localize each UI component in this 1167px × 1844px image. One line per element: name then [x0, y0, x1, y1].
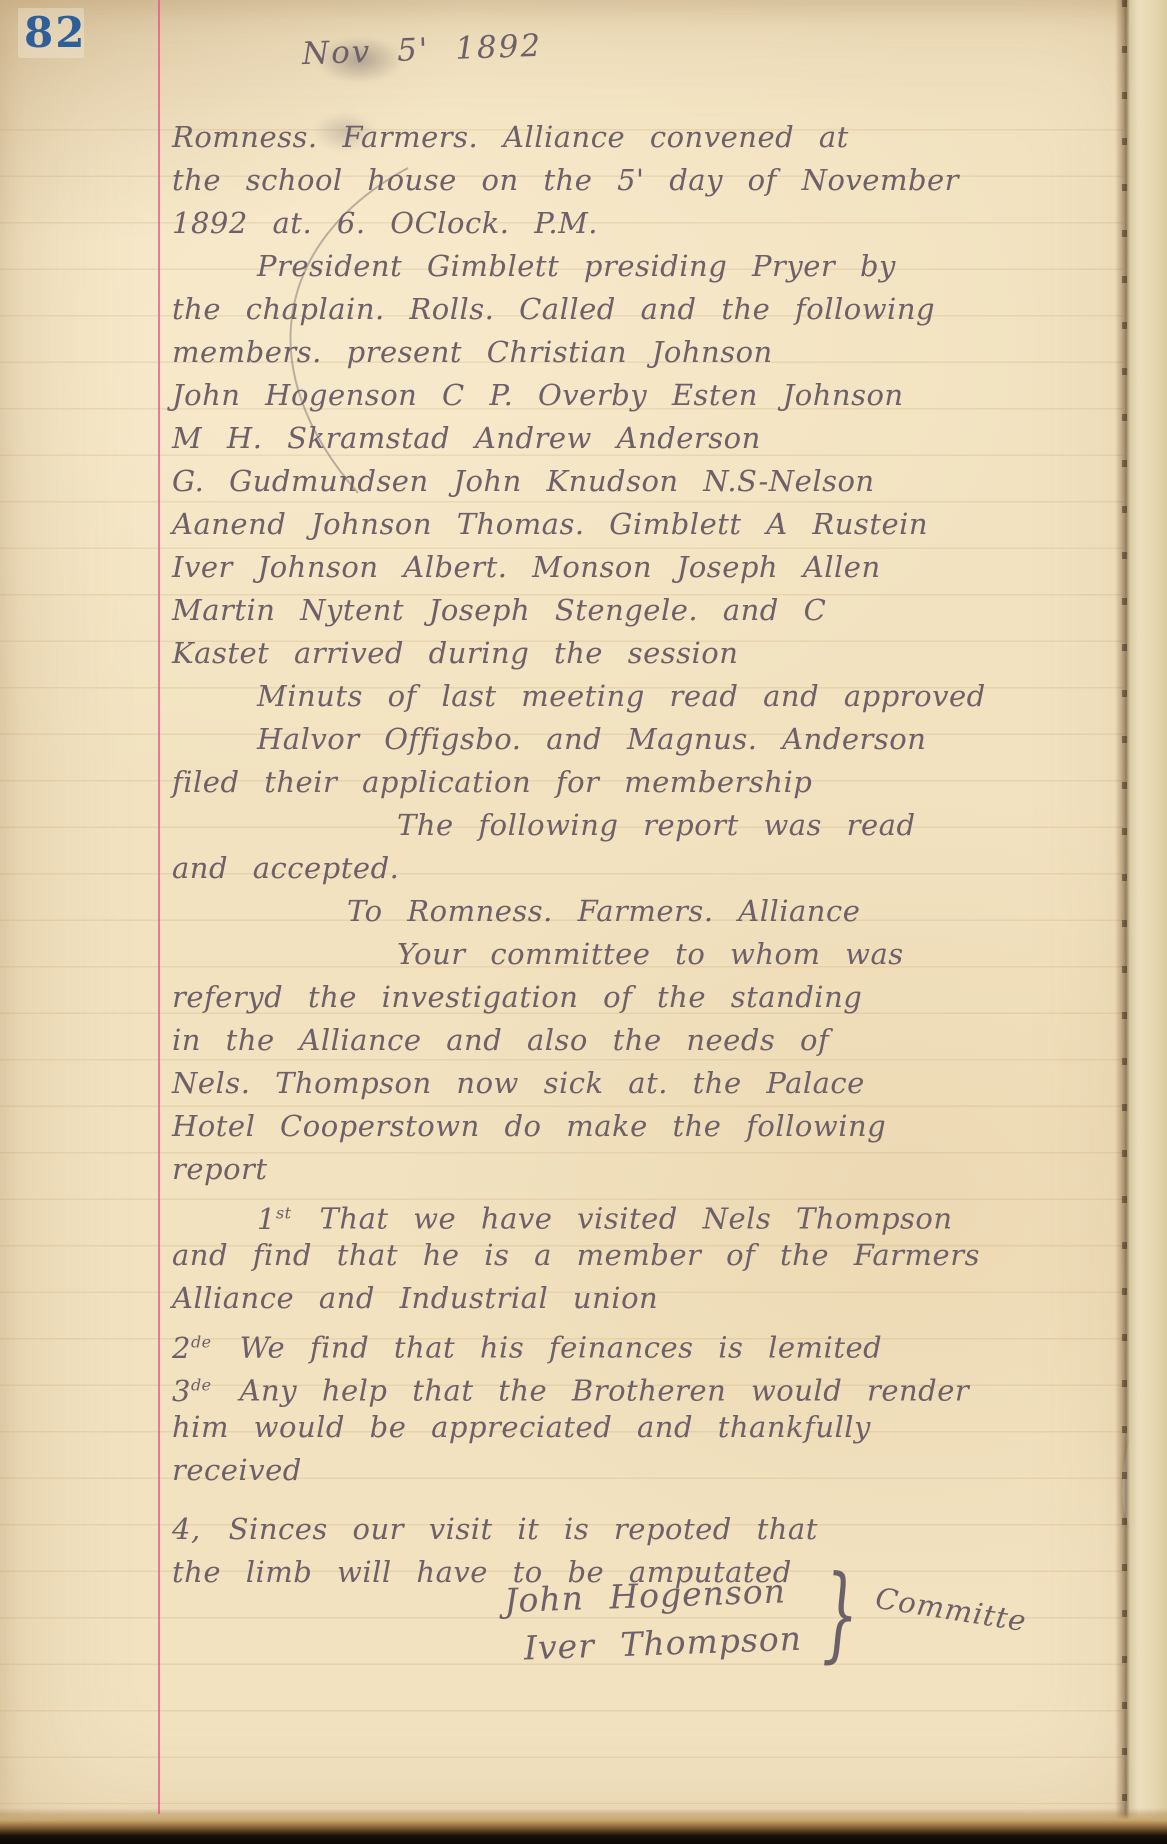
manuscript-line-text: Nels. Thompson now sick at. the Palace [172, 1066, 865, 1100]
manuscript-line: 3deAny help that the Brotheren would ren… [172, 1363, 1132, 1406]
manuscript-line-text: and accepted. [172, 851, 399, 885]
manuscript-line: him would be appreciated and thankfully [172, 1406, 1132, 1449]
manuscript-line-text: the chaplain. Rolls. Called and the foll… [172, 292, 935, 326]
manuscript-line-text: and find that he is a member of the Farm… [172, 1238, 980, 1272]
manuscript-line: 1stThat we have visited Nels Thompson [257, 1191, 1132, 1234]
signature-names: John Hogenson Iver Thompson [503, 1567, 802, 1673]
page-stack-edge [1115, 0, 1167, 1844]
manuscript-line-text: The following report was read [397, 808, 916, 842]
manuscript-line: President Gimblett presiding Pryer by [257, 245, 1132, 288]
margin-line [158, 0, 160, 1814]
manuscript-line: Aanend Johnson Thomas. Gimblett A Rustei… [172, 503, 1132, 546]
manuscript-line: Alliance and Industrial union [172, 1277, 1132, 1320]
manuscript-line: report [172, 1148, 1132, 1191]
manuscript-line-text: Sinces our visit it is repoted that [229, 1512, 818, 1546]
manuscript-line: the school house on the 5' day of Novemb… [172, 159, 1132, 202]
manuscript-line-text: Martin Nytent Joseph Stengele. and C [172, 593, 826, 627]
manuscript-line-text: the school house on the 5' day of Novemb… [172, 163, 959, 197]
manuscript-line-text: Romness. Farmers. Alliance convened at [172, 120, 849, 154]
ledger-page: { "colors": { "paper": "#f2e2c0", "ink":… [0, 0, 1167, 1844]
manuscript-line: Romness. Farmers. Alliance convened at [172, 116, 1132, 159]
manuscript-line-text: Your committee to whom was [397, 937, 904, 971]
manuscript-line: Iver Johnson Albert. Monson Joseph Allen [172, 546, 1132, 589]
manuscript-line: Minuts of last meeting read and approved [257, 675, 1132, 718]
manuscript-line-text: G. Gudmundsen John Knudson N.S-Nelson [172, 464, 875, 498]
manuscript-line-text: John Hogenson C P. Overby Esten Johnson [172, 378, 904, 412]
manuscript-line-text: Halvor Offigsbo. and Magnus. Anderson [257, 722, 926, 756]
manuscript-line: 2deWe find that his feinances is lemited [172, 1320, 1132, 1363]
manuscript-line-text: Hotel Cooperstown do make the following [172, 1109, 886, 1143]
manuscript-line-text: filed their application for membership [172, 765, 812, 799]
manuscript-line-text: him would be appreciated and thankfully [172, 1410, 871, 1444]
manuscript-line-text: M H. Skramstad Andrew Anderson [172, 421, 761, 455]
item-number: 2de [172, 1331, 212, 1365]
signature-name: Iver Thompson [523, 1615, 803, 1673]
manuscript-line-text: That we have visited Nels Thompson [320, 1202, 953, 1236]
manuscript-line: and accepted. [172, 847, 1132, 890]
manuscript-line-text: Minuts of last meeting read and approved [257, 679, 986, 713]
manuscript-line: Nels. Thompson now sick at. the Palace [172, 1062, 1132, 1105]
manuscript-line: and find that he is a member of the Farm… [172, 1234, 1132, 1277]
signature-block: John Hogenson Iver Thompson } Committe [503, 1559, 1029, 1673]
manuscript-line-text: Kastet arrived during the session [172, 636, 738, 670]
item-number: 3de [172, 1374, 212, 1408]
manuscript-line-text: Any help that the Brotheren would render [240, 1374, 970, 1408]
manuscript-line: John Hogenson C P. Overby Esten Johnson [172, 374, 1132, 417]
manuscript-line-text: President Gimblett presiding Pryer by [257, 249, 896, 283]
manuscript-line-text: Alliance and Industrial union [172, 1281, 658, 1315]
manuscript-line: 4,Sinces our visit it is repoted that [172, 1508, 1132, 1551]
brace-mark: } [822, 1567, 859, 1659]
page-number: 82 [24, 8, 86, 57]
manuscript-line-text: received [172, 1453, 302, 1487]
manuscript-line: Halvor Offigsbo. and Magnus. Anderson [257, 718, 1132, 761]
item-number: 4, [172, 1512, 201, 1546]
manuscript-line: in the Alliance and also the needs of [172, 1019, 1132, 1062]
manuscript-line: referyd the investigation of the standin… [172, 976, 1132, 1019]
manuscript-line-text: We find that his feinances is lemited [240, 1331, 883, 1365]
manuscript-line: received [172, 1449, 1132, 1492]
manuscript-line: Martin Nytent Joseph Stengele. and C [172, 589, 1132, 632]
manuscript-line: Your committee to whom was [397, 933, 1132, 976]
book-bottom-edge [0, 1808, 1167, 1844]
manuscript-line-text: report [172, 1152, 268, 1186]
manuscript-line: G. Gudmundsen John Knudson N.S-Nelson [172, 460, 1132, 503]
committee-label: Committe [873, 1581, 1029, 1638]
manuscript-line: Hotel Cooperstown do make the following [172, 1105, 1132, 1148]
manuscript-line: members. present Christian Johnson [172, 331, 1132, 374]
manuscript-line-text: 1892 at. 6. OClock. P.M. [172, 206, 598, 240]
manuscript-line: the chaplain. Rolls. Called and the foll… [172, 288, 1132, 331]
date-heading: Nov 5' 1892 [301, 28, 542, 72]
manuscript-lines: Romness. Farmers. Alliance convened atth… [172, 116, 1132, 1594]
manuscript-line-text: Iver Johnson Albert. Monson Joseph Allen [172, 550, 881, 584]
manuscript-line-text: To Romness. Farmers. Alliance [347, 894, 860, 928]
manuscript-line-text: referyd the investigation of the standin… [172, 980, 862, 1014]
manuscript-line: Kastet arrived during the session [172, 632, 1132, 675]
manuscript-line-text: in the Alliance and also the needs of [172, 1023, 829, 1057]
manuscript-line-text: members. present Christian Johnson [172, 335, 773, 369]
manuscript-line: filed their application for membership [172, 761, 1132, 804]
manuscript-line: To Romness. Farmers. Alliance [347, 890, 1132, 933]
manuscript-line: The following report was read [397, 804, 1132, 847]
manuscript-line: M H. Skramstad Andrew Anderson [172, 417, 1132, 460]
manuscript-line-text: Aanend Johnson Thomas. Gimblett A Rustei… [172, 507, 928, 541]
manuscript-line: 1892 at. 6. OClock. P.M. [172, 202, 1132, 245]
item-number: 1st [257, 1202, 292, 1236]
